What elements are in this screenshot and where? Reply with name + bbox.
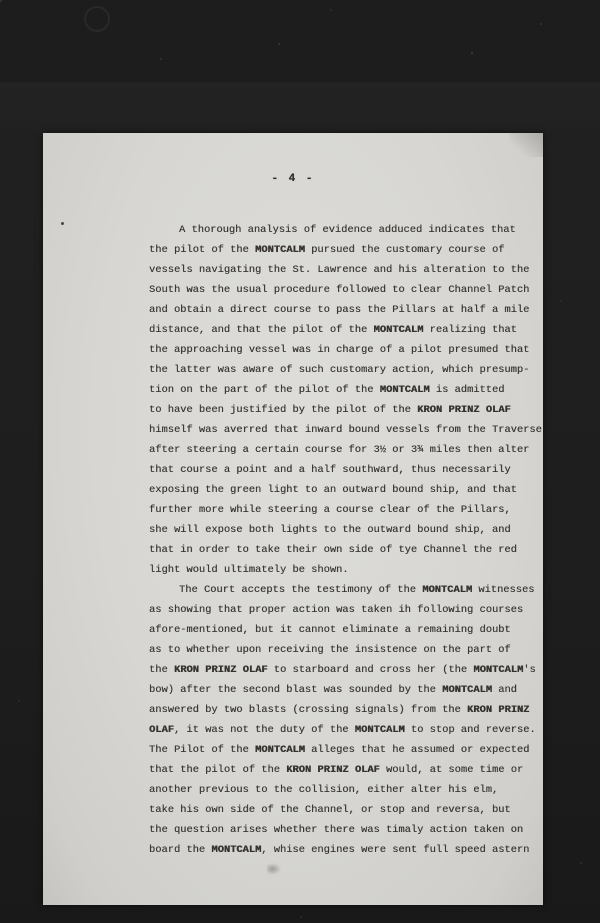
stray-ink-dot xyxy=(61,222,64,225)
microfilm-scan-background: - 4 - A thorough analysis of evidence ad… xyxy=(0,0,600,923)
text-line: himself was averred that inward bound ve… xyxy=(149,420,549,440)
typewritten-text-block: A thorough analysis of evidence adduced … xyxy=(149,220,549,860)
text-line: and obtain a direct course to pass the P… xyxy=(149,300,549,320)
text-line: another previous to the collision, eithe… xyxy=(149,780,549,800)
footer-smudge-mark xyxy=(267,863,281,875)
text-line: the latter was aware of such customary a… xyxy=(149,360,549,380)
text-line: The Court accepts the testimony of the M… xyxy=(149,580,549,600)
film-dust-specks xyxy=(0,0,2,2)
text-line: as showing that proper action was taken … xyxy=(149,600,549,620)
text-line: after steering a certain course for 3½ o… xyxy=(149,440,549,460)
text-line: to have been justified by the pilot of t… xyxy=(149,400,549,420)
text-line: OLAF, it was not the duty of the MONTCAL… xyxy=(149,720,549,740)
text-line: afore-mentioned, but it cannot eliminate… xyxy=(149,620,549,640)
text-line: as to whether upon receiving the insiste… xyxy=(149,640,549,660)
text-line: that course a point and a half southward… xyxy=(149,460,549,480)
text-line: take his own side of the Channel, or sto… xyxy=(149,800,549,820)
text-line: The Pilot of the MONTCALM alleges that h… xyxy=(149,740,549,760)
text-line: the approaching vessel was in charge of … xyxy=(149,340,549,360)
text-line: exposing the green light to an outward b… xyxy=(149,480,549,500)
paragraph: The Court accepts the testimony of the M… xyxy=(149,580,549,860)
text-line: that the pilot of the KRON PRINZ OLAF wo… xyxy=(149,760,549,780)
text-line: that in order to take their own side of … xyxy=(149,540,549,560)
text-line: tion on the part of the pilot of the MON… xyxy=(149,380,549,400)
page-corner-fold xyxy=(509,133,543,157)
text-line: answered by two blasts (crossing signals… xyxy=(149,700,549,720)
text-line: the KRON PRINZ OLAF to starboard and cro… xyxy=(149,660,549,680)
text-line: she will expose both lights to the outwa… xyxy=(149,520,549,540)
text-line: the question arises whether there was ti… xyxy=(149,820,549,840)
document-page: - 4 - A thorough analysis of evidence ad… xyxy=(43,133,543,905)
text-line: bow) after the second blast was sounded … xyxy=(149,680,549,700)
paragraph: A thorough analysis of evidence adduced … xyxy=(149,220,549,580)
text-line: vessels navigating the St. Lawrence and … xyxy=(149,260,549,280)
text-line: further more while steering a course cle… xyxy=(149,500,549,520)
text-line: board the MONTCALM, whise engines were s… xyxy=(149,840,549,860)
page-number: - 4 - xyxy=(43,173,543,185)
text-line: South was the usual procedure followed t… xyxy=(149,280,549,300)
text-line: A thorough analysis of evidence adduced … xyxy=(149,220,549,240)
text-line: light would ultimately be shown. xyxy=(149,560,549,580)
text-line: the pilot of the MONTCALM pursued the cu… xyxy=(149,240,549,260)
text-line: distance, and that the pilot of the MONT… xyxy=(149,320,549,340)
film-circle-mark xyxy=(84,6,110,32)
